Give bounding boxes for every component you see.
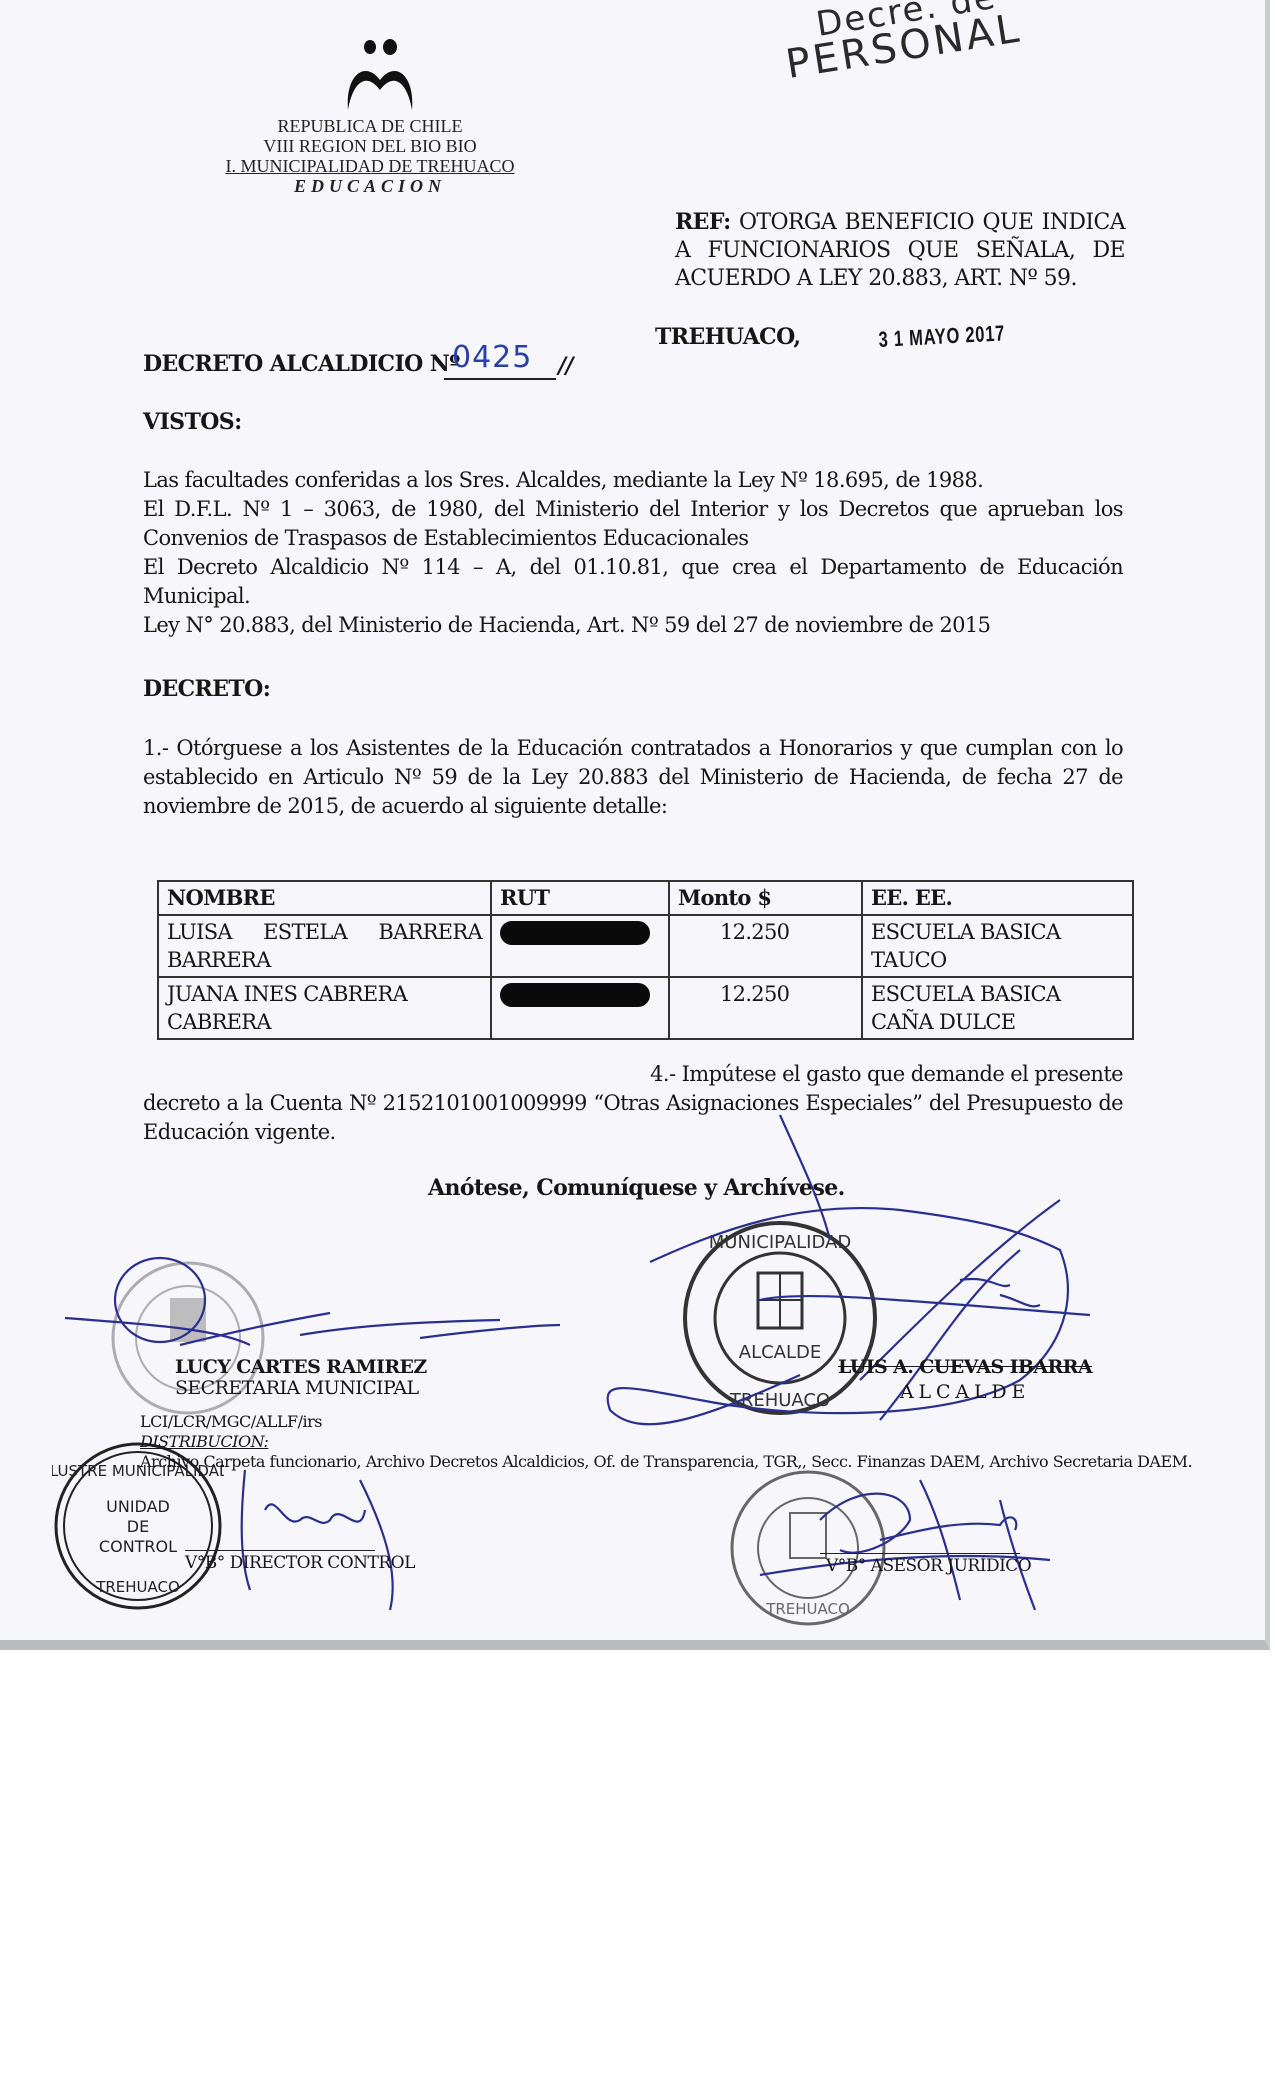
- initials: LCI/LCR/MGC/ALLF/irs: [140, 1412, 322, 1431]
- distribucion-title: DISTRIBUCION:: [140, 1432, 268, 1451]
- asesor-juridico-line: [820, 1553, 1020, 1554]
- director-control-line: [185, 1550, 375, 1551]
- alcalde-title: A L C A L D E: [900, 1378, 1025, 1407]
- scanned-page: REPUBLICA DE CHILE VIII REGION DEL BIO B…: [0, 0, 1270, 1650]
- secretaria-title: SECRETARIA MUNICIPAL: [175, 1374, 419, 1403]
- asesor-juridico-title: V°B° ASESOR JURÍDICO: [826, 1556, 1031, 1576]
- distribucion-text: Archivo Carpeta funcionario, Archivo Dec…: [140, 1452, 1192, 1471]
- director-control-title: V°B° DIRECTOR CONTROL: [185, 1553, 415, 1573]
